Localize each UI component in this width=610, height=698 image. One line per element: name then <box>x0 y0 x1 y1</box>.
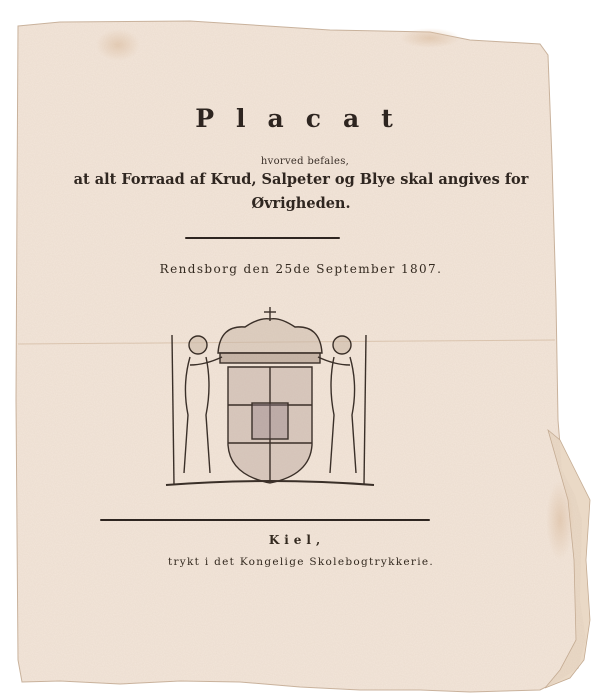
heading-line-2: Øvrigheden. <box>0 195 606 212</box>
date-line: Rendsborg den 25de September 1807. <box>0 262 606 276</box>
imprint-printer: trykt i det Kongelige Skolebogtrykkerie. <box>0 556 606 568</box>
document-title: Placat <box>0 104 610 133</box>
divider-rule-bottom <box>100 519 430 521</box>
crown-icon <box>218 319 322 353</box>
divider-rule-top <box>185 237 340 239</box>
coat-of-arms-emblem <box>160 305 380 495</box>
document-subtitle: hvorved befales, <box>0 156 610 167</box>
heading-line-1: at alt Forraad af Krud, Salpeter og Blye… <box>0 171 606 188</box>
imprint-place: Kiel, <box>0 533 602 547</box>
